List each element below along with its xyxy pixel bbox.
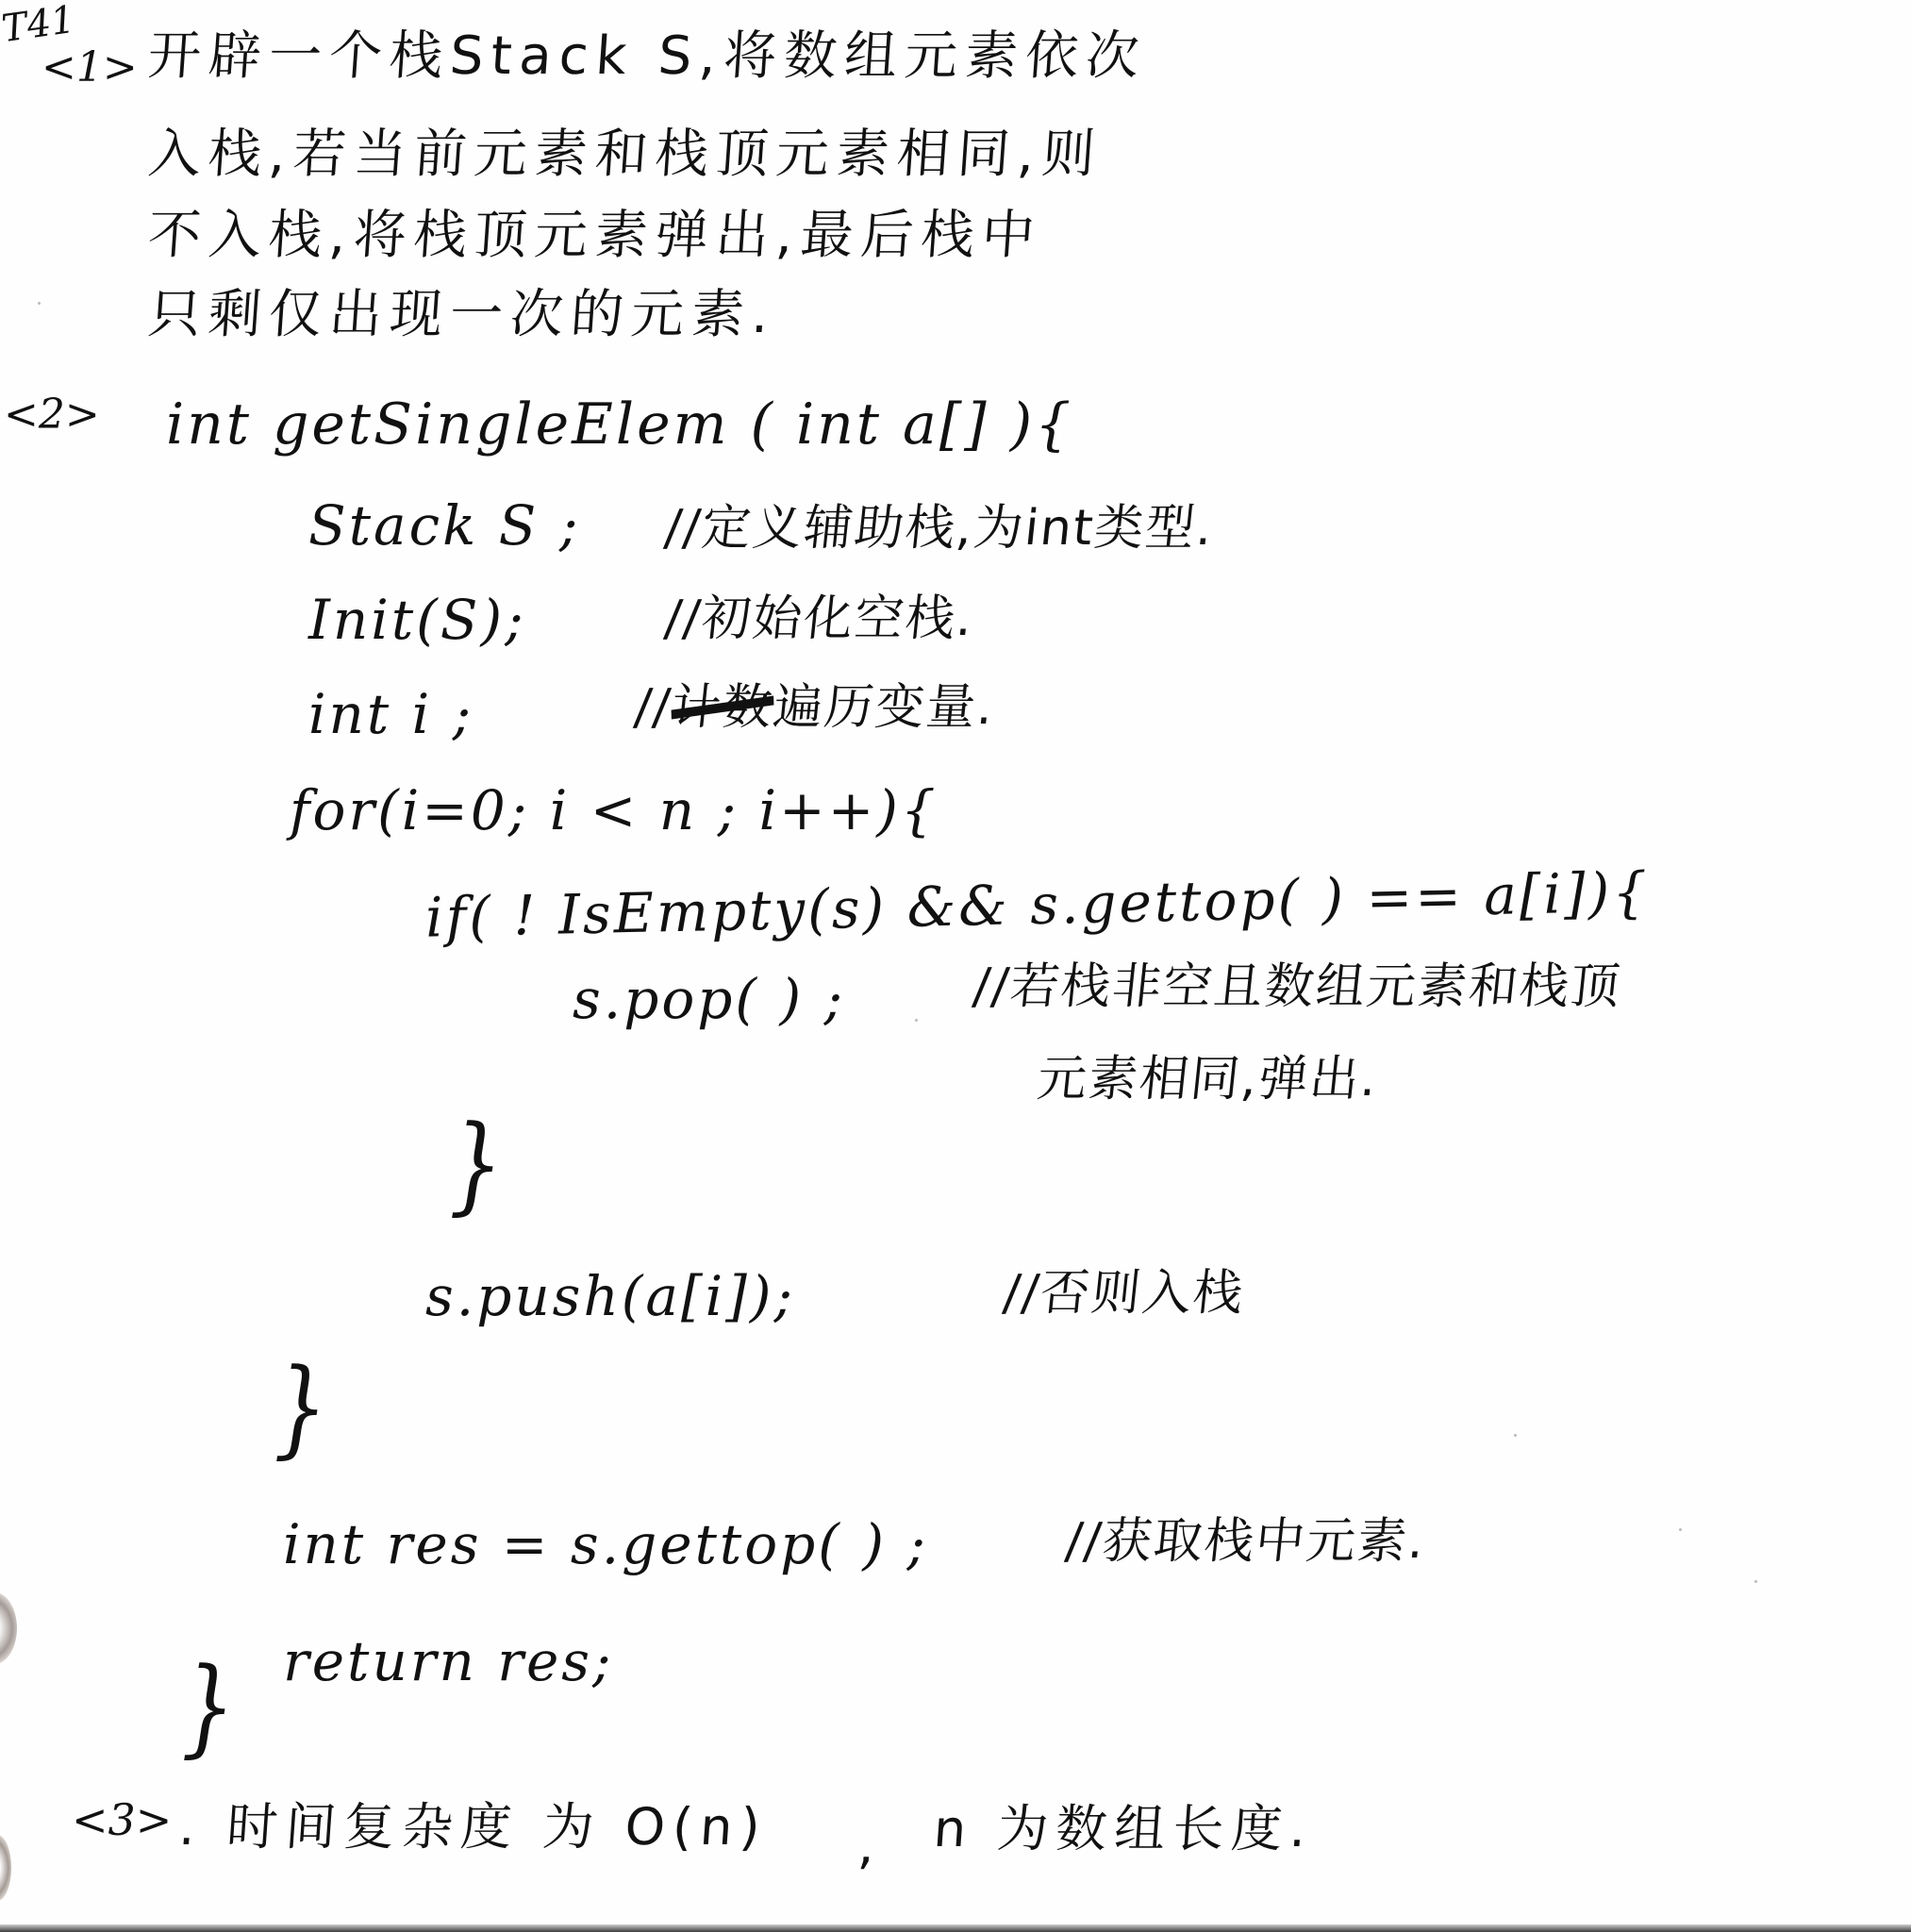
comment-pop-line-2: 元素相同,弹出. [1035,1055,1381,1104]
question-number: T41 [0,1,77,48]
handwritten-answer-sheet: T41 <1> 开辟一个栈Stack S,将数组元素依次 入栈,若当前元素和栈顶… [0,0,1911,1932]
part1-line-1: 开辟一个栈Stack S,将数组元素依次 [146,30,1148,83]
comment-init: //初始化空栈. [662,594,976,643]
paper-speck [915,1019,918,1022]
struck-out-text: 计数 [669,683,775,732]
page-bottom-edge [0,1924,1911,1932]
part3-separator: , [856,1821,884,1872]
comment-pop-line-1: //若栈非空且数组元素和栈顶 [971,962,1624,1011]
code-var-declaration: int i ; [308,687,474,741]
code-function-signature: int getSingleElem ( int a[] ){ [166,396,1073,453]
comment-res-declaration: //获取栈中元素. [1063,1517,1428,1566]
part3-n-definition: n 为数组长度. [932,1804,1315,1855]
part1-line-2: 入栈,若当前元素和栈顶元素相同,则 [146,128,1105,181]
code-res-declaration: int res = s.gettop( ) ; [283,1517,928,1572]
comment-var-declaration: //计数遍历变量. [632,683,997,732]
part3-label: <3> [72,1798,172,1841]
comment-push: //否则入栈 [1001,1269,1247,1318]
code-for-loop: for(i=0; i < n ; i++){ [290,783,939,838]
part3-complexity: . 时间复杂度 为 O(n) [177,1802,769,1853]
part1-line-4: 只剩仅出现一次的元素. [146,289,778,341]
code-init: Init(S); [308,592,526,647]
code-function-close-brace: } [181,1655,235,1761]
comment-text: 遍历变量. [771,679,998,736]
code-return: return res; [283,1634,614,1689]
code-if-close-brace: } [449,1112,503,1219]
binder-hole-shadow [0,1835,11,1901]
comment-prefix: // [632,679,674,736]
code-pop: s.pop( ) ; [573,972,845,1026]
code-for-close-brace: } [274,1356,327,1462]
paper-speck [38,302,41,305]
paper-speck [1514,1434,1517,1437]
binder-hole-shadow [0,1592,17,1664]
code-push: s.push(a[i]); [425,1269,795,1324]
paper-speck [1679,1528,1682,1531]
code-stack-declaration: Stack S ; [308,498,580,553]
part1-label: <1> [42,47,138,89]
paper-speck [1754,1580,1757,1583]
code-if-statement: if( ! IsEmpty(s) && s.gettop( ) == a[i])… [425,864,1651,944]
part2-label: <2> [4,394,100,436]
comment-stack-declaration: //定义辅助栈,为int类型. [662,504,1216,553]
part1-line-3: 不入栈,将栈顶元素弹出,最后栈中 [146,209,1044,262]
